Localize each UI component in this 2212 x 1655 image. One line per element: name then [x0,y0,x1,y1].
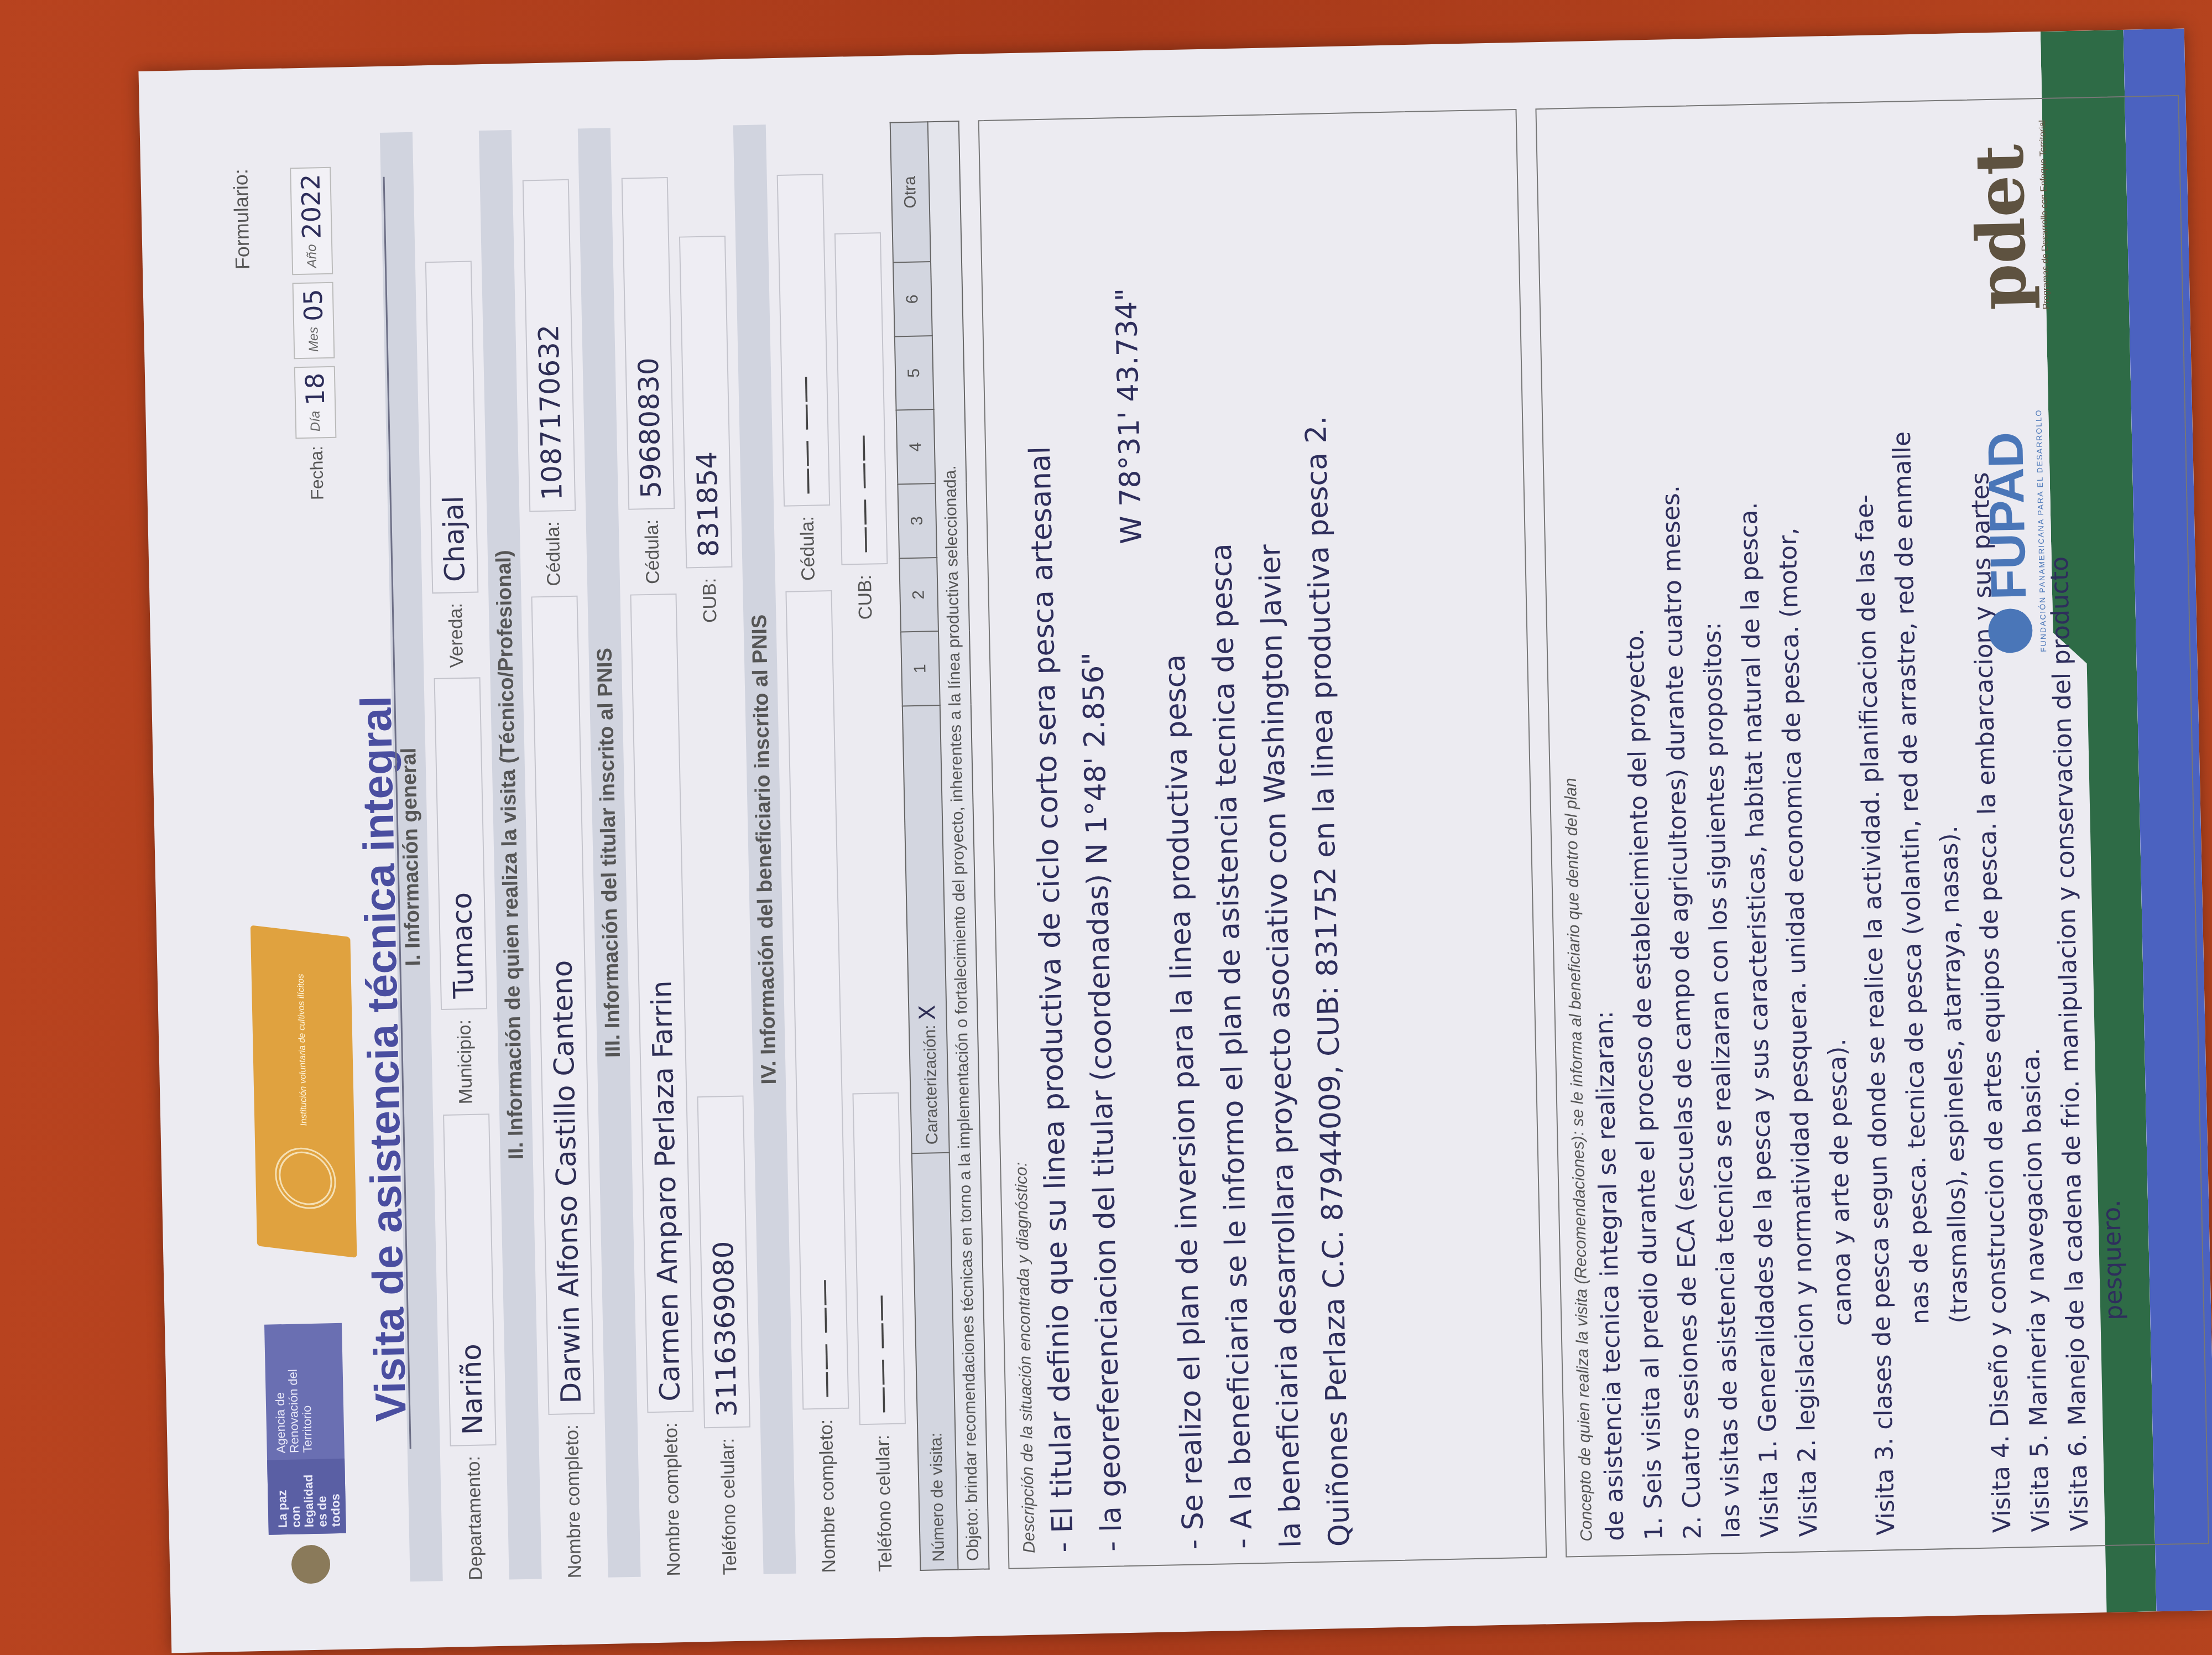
beneficiario-nombre-field[interactable]: —— —— [785,590,849,1409]
fecha-label: Fecha: [306,446,327,501]
vereda-field[interactable]: Chajal [425,261,479,594]
visit-option-3[interactable]: 3 [898,483,937,558]
caracterizacion-checkmark: X [915,1005,941,1020]
mes-value: 05 [298,289,328,322]
coat-of-arms-icon [291,1544,330,1584]
beneficiario-nombre-label: Nombre completo: [815,1419,840,1573]
titular-telefono-field[interactable]: 3116369080 [697,1096,750,1429]
pdet-logo: pdet Programas de Desarrollo con Enfoque… [1960,120,2052,311]
fupad-logo: FUPAD FUNDACIÓN PANAMERICANA PARA EL DES… [1977,409,2048,653]
form-header: La paz con legalidad es de todos Agencia… [228,133,403,1585]
fupad-name: FUPAD [1978,431,2038,600]
anio-field[interactable]: Año2022 [290,167,333,275]
government-logo: La paz con legalidad es de todos Agencia… [264,1323,346,1535]
titular-nombre-label: Nombre completo: [660,1422,685,1576]
mes-label: Mes [306,327,322,352]
pdet-name: pdet [1960,120,2042,311]
spiral-icon [274,1144,337,1212]
agency-name: Agencia de Renovación del Territorio [264,1323,345,1460]
titular-telefono-label: Teléfono celular: [717,1438,741,1575]
dia-value: 18 [300,373,330,406]
tecnico-cedula-field[interactable]: 1087170632 [523,179,576,512]
visit-option-5[interactable]: 5 [895,336,934,410]
anio-label: Año [304,244,320,268]
titular-cedula-label: Cédula: [641,519,664,584]
globe-icon [1987,608,2033,653]
visit-option-1[interactable]: 1 [901,631,940,706]
visit-table: Número de visita: Caracterización: X 1 2… [890,121,990,1571]
caracterizacion-label: Caracterización: [921,1024,942,1144]
dia-field[interactable]: Día18 [294,366,337,438]
tecnico-nombre-label: Nombre completo: [561,1424,586,1579]
formulario: Formulario: [229,168,293,269]
visit-option-2[interactable]: 2 [899,558,938,632]
titular-cub-label: CUB: [698,577,721,623]
tecnico-nombre-field[interactable]: Darwin Alfonso Castillo Canteno [531,596,594,1415]
pnis-logo-text: Institución voluntaria de cultivos ilíci… [296,974,310,1127]
titular-cub-field[interactable]: 831854 [679,236,733,569]
spacer [866,629,875,1083]
dia-label: Día [307,410,324,431]
beneficiario-cub-field[interactable]: —— —— [834,232,888,565]
anio-value: 2022 [295,174,326,239]
visit-option-6[interactable]: 6 [893,262,932,336]
recomendaciones-box[interactable]: Concepto de quien realiza la visita (Rec… [1535,95,2209,1558]
vereda-label: Vereda: [445,603,467,668]
beneficiario-telefono-label: Teléfono celular: [872,1434,896,1571]
visit-option-4[interactable]: 4 [896,410,936,485]
form-sheet: La paz con legalidad es de todos Agencia… [138,29,2212,1653]
beneficiario-telefono-field[interactable]: —— —— [852,1092,906,1425]
beneficiario-cub-label: CUB: [854,575,877,620]
municipio-label: Municipio: [453,1019,477,1105]
beneficiario-cedula-field[interactable]: —— —— [777,174,831,507]
gov-slogan: La paz con legalidad es de todos [267,1459,346,1535]
photo-frame: La paz con legalidad es de todos Agencia… [72,22,2201,1655]
mes-field[interactable]: Mes05 [293,282,335,359]
diagnostico-box[interactable]: Descripción de la situación encontrada y… [978,109,1547,1569]
beneficiario-cedula-label: Cédula: [796,516,819,581]
footer-logos: FUPAD FUNDACIÓN PANAMERICANA PARA EL DES… [1960,120,2059,654]
departamento-field[interactable]: Nariño [443,1113,497,1446]
pnis-logo: Institución voluntaria de cultivos ilíci… [251,925,357,1258]
spacer [711,633,720,1086]
municipio-field[interactable]: Tumaco [434,677,488,1010]
visit-option-otra[interactable]: Otra [890,122,931,263]
titular-nombre-field[interactable]: Carmen Amparo Perlaza Farrin [630,594,693,1413]
titular-cedula-field[interactable]: 59680830 [622,177,675,510]
departamento-label: Departamento: [463,1456,487,1581]
tecnico-cedula-label: Cédula: [542,521,565,586]
fecha-row: Fecha: Día18 Mes05 Año2022 [290,167,338,501]
formulario-label: Formulario: [229,169,254,270]
